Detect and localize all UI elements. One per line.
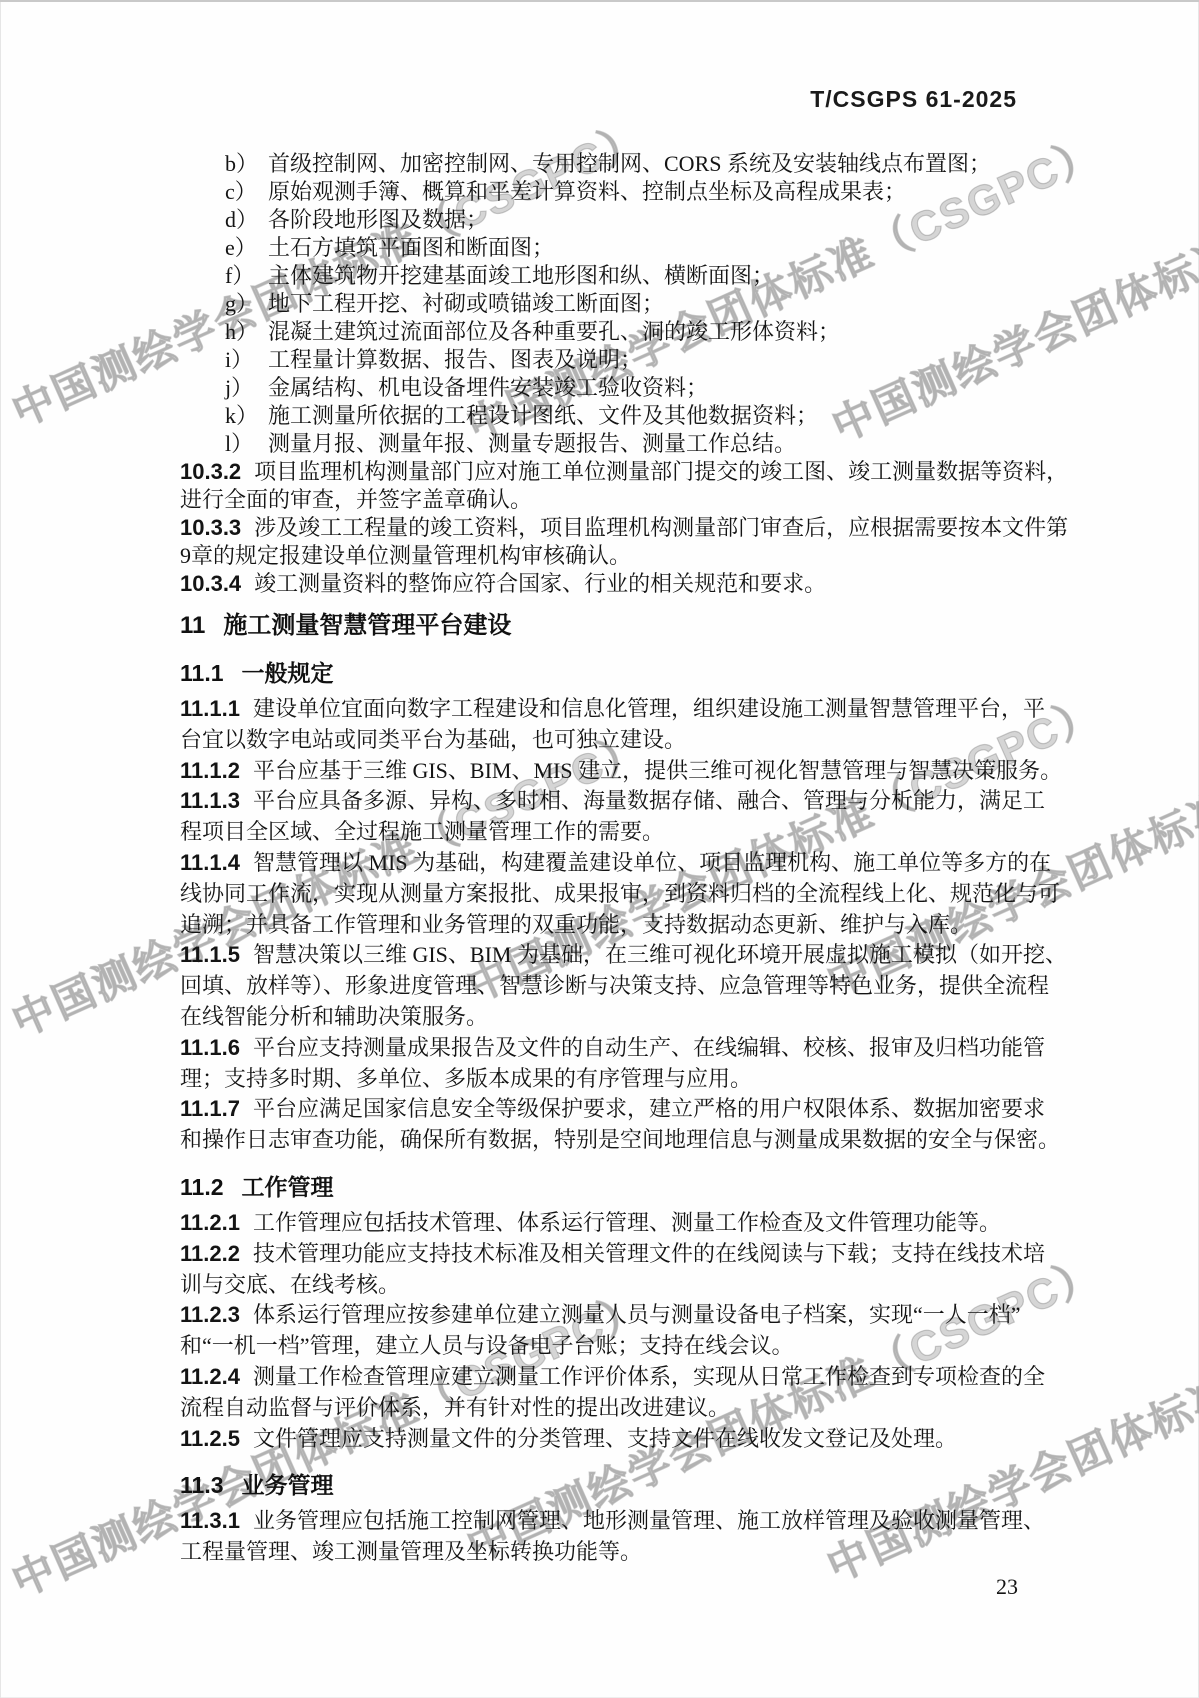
list-item-text: 各阶段地形图及数据；	[268, 207, 488, 232]
clause-number: 11.2.5	[180, 1426, 240, 1451]
clause-paragraph: 11.2.2技术管理功能应支持技术标准及相关管理文件的在线阅读与下载；支持在线技…	[180, 1239, 1060, 1301]
clause-line: 工程量管理、竣工测量管理及坐标转换功能等。	[180, 1537, 1060, 1568]
clause-line-text: 和“一机一档”管理，建立人员与设备电子台账；支持在线会议。	[180, 1333, 794, 1358]
heading-number: 11	[180, 612, 205, 639]
clause-line-text: 体系运行管理应按参建单位建立测量人员与测量设备电子档案，实现“一人一档”	[253, 1302, 1021, 1327]
clause-line-text: 工作管理应包括技术管理、体系运行管理、测量工作检查及文件管理功能等。	[253, 1210, 1001, 1235]
clause-line-text: 追溯；并具备工作管理和业务管理的双重功能，支持数据动态更新、维护与入库。	[180, 912, 972, 937]
clause-line-text: 在线智能分析和辅助决策服务。	[180, 1004, 488, 1029]
clause-line-text: 台宜以数字电站或同类平台为基础，也可独立建设。	[180, 727, 686, 752]
clause-paragraph: 11.1.1建设单位宜面向数字工程建设和信息化管理，组织建设施工测量智慧管理平台…	[180, 694, 1060, 756]
list-item: b）首级控制网、加密控制网、专用控制网、CORS 系统及安装轴线点布置图；	[180, 150, 1060, 178]
clause-number: 11.2.4	[180, 1364, 240, 1389]
section-heading: 11.2工作管理	[180, 1172, 1060, 1202]
clause-line: 11.2.4测量工作检查管理应建立测量工作评价体系，实现从日常工作检查到专项检查…	[180, 1362, 1060, 1393]
clause-line: 11.1.7平台应满足国家信息安全等级保护要求，建立严格的用户权限体系、数据加密…	[180, 1094, 1060, 1125]
clause-line-text: 平台应满足国家信息安全等级保护要求，建立严格的用户权限体系、数据加密要求	[253, 1096, 1045, 1121]
heading-number: 11.2	[180, 1174, 224, 1200]
clause-line-text: 回填、放样等）、形象进度管理、智慧诊断与决策支持、应急管理等特色业务，提供全流程	[180, 973, 1049, 998]
clause-number: 11.2.2	[180, 1241, 240, 1266]
clause-paragraph: 11.1.6平台应支持测量成果报告及文件的自动生产、在线编辑、校核、报审及归档功…	[180, 1033, 1060, 1095]
list-item-text: 金属结构、机电设备埋件安装竣工验收资料；	[268, 375, 708, 400]
list-item-label: l）	[225, 430, 268, 458]
heading-number: 11.3	[180, 1472, 224, 1498]
clause-line: 11.3.1业务管理应包括施工控制网管理、地形测量管理、施工放样管理及验收测量管…	[180, 1506, 1060, 1537]
clause-line: 11.1.5智慧决策以三维 GIS、BIM 为基础，在三维可视化环境开展虚拟施工…	[180, 940, 1060, 971]
list-item: c）原始观测手簿、概算和平差计算资料、控制点坐标及高程成果表；	[180, 178, 1060, 206]
clause-line-text: 流程自动监督与评价体系，并有针对性的提出改进建议。	[180, 1395, 730, 1420]
clause-line-text: 文件管理应支持测量文件的分类管理、支持文件在线收发文登记及处理。	[253, 1426, 957, 1451]
clause-number: 10.3.3	[180, 515, 241, 540]
clause-line-text: 和操作日志审查功能，确保所有数据，特别是空间地理信息与测量成果数据的安全与保密。	[180, 1127, 1060, 1152]
clause-paragraph: 11.2.3体系运行管理应按参建单位建立测量人员与测量设备电子档案，实现“一人一…	[180, 1300, 1060, 1362]
clause-number: 11.1.5	[180, 942, 240, 967]
list-item: d）各阶段地形图及数据；	[180, 206, 1060, 234]
list-item-text: 主体建筑物开挖建基面竣工地形图和纵、横断面图；	[268, 263, 774, 288]
list-item-label: k）	[225, 402, 268, 430]
list-item: g）地下工程开挖、衬砌或喷锚竣工断面图；	[180, 290, 1060, 318]
clause-line: 和“一机一档”管理，建立人员与设备电子台账；支持在线会议。	[180, 1331, 1060, 1362]
clause-paragraph: 11.1.5智慧决策以三维 GIS、BIM 为基础，在三维可视化环境开展虚拟施工…	[180, 940, 1060, 1032]
clause-line: 10.3.3涉及竣工工程量的竣工资料，项目监理机构测量部门审查后，应根据需要按本…	[180, 514, 1060, 542]
list-item-label: b）	[225, 150, 268, 178]
clause-line: 和操作日志审查功能，确保所有数据，特别是空间地理信息与测量成果数据的安全与保密。	[180, 1125, 1060, 1156]
clause-line: 11.1.3平台应具备多源、异构、多时相、海量数据存储、融合、管理与分析能力，满…	[180, 786, 1060, 817]
list-item-text: 原始观测手簿、概算和平差计算资料、控制点坐标及高程成果表；	[268, 179, 906, 204]
clause-paragraph: 11.3.1业务管理应包括施工控制网管理、地形测量管理、施工放样管理及验收测量管…	[180, 1506, 1060, 1568]
clause-line: 11.2.2技术管理功能应支持技术标准及相关管理文件的在线阅读与下载；支持在线技…	[180, 1239, 1060, 1270]
list-item: i）工程量计算数据、报告、图表及说明；	[180, 346, 1060, 374]
clause-line: 回填、放样等）、形象进度管理、智慧诊断与决策支持、应急管理等特色业务，提供全流程	[180, 971, 1060, 1002]
list-item-label: f）	[225, 262, 268, 290]
clause-paragraph: 11.2.4测量工作检查管理应建立测量工作评价体系，实现从日常工作检查到专项检查…	[180, 1362, 1060, 1424]
clause-line-text: 测量工作检查管理应建立测量工作评价体系，实现从日常工作检查到专项检查的全	[253, 1364, 1045, 1389]
list-item: j）金属结构、机电设备埋件安装竣工验收资料；	[180, 374, 1060, 402]
heading-text: 业务管理	[242, 1472, 334, 1498]
clause-paragraph: 11.2.5文件管理应支持测量文件的分类管理、支持文件在线收发文登记及处理。	[180, 1424, 1060, 1455]
list-item: h）混凝土建筑过流面部位及各种重要孔、洞的竣工形体资料；	[180, 318, 1060, 346]
clause-line-text: 技术管理功能应支持技术标准及相关管理文件的在线阅读与下载；支持在线技术培	[253, 1241, 1045, 1266]
clause-number: 11.3.1	[180, 1508, 240, 1533]
clause-line: 理；支持多时期、多单位、多版本成果的有序管理与应用。	[180, 1064, 1060, 1095]
list-item-text: 首级控制网、加密控制网、专用控制网、CORS 系统及安装轴线点布置图；	[268, 151, 991, 176]
clause-line: 11.2.5文件管理应支持测量文件的分类管理、支持文件在线收发文登记及处理。	[180, 1424, 1060, 1455]
clause-line-text: 9章的规定报建设单位测量管理机构审核确认。	[180, 543, 631, 568]
list-item-label: h）	[225, 318, 268, 346]
clause-line-text: 项目监理机构测量部门应对施工单位测量部门提交的竣工图、竣工测量数据等资料，	[254, 459, 1068, 484]
clause-paragraph: 11.1.2平台应基于三维 GIS、BIM、MIS 建立，提供三维可视化智慧管理…	[180, 756, 1060, 787]
clause-number: 11.1.1	[180, 696, 240, 721]
list-item-label: c）	[225, 178, 268, 206]
list-item-text: 土石方填筑平面图和断面图；	[268, 235, 554, 260]
heading-text: 一般规定	[242, 660, 334, 686]
document-page: 中国测绘学会团体标准（CSGPC）中国测绘学会团体标准（CSGPC）中国测绘学会…	[0, 0, 1199, 1698]
clause-paragraph: 10.3.3涉及竣工工程量的竣工资料，项目监理机构测量部门审查后，应根据需要按本…	[180, 514, 1060, 570]
clause-line: 11.1.6平台应支持测量成果报告及文件的自动生产、在线编辑、校核、报审及归档功…	[180, 1033, 1060, 1064]
clause-number: 11.1.2	[180, 758, 240, 783]
list-item-text: 地下工程开挖、衬砌或喷锚竣工断面图；	[268, 291, 664, 316]
clause-number: 11.1.6	[180, 1035, 240, 1060]
document-body: b）首级控制网、加密控制网、专用控制网、CORS 系统及安装轴线点布置图；c）原…	[180, 150, 1060, 1568]
clause-line-text: 进行全面的审查，并签字盖章确认。	[180, 487, 532, 512]
clause-line: 训与交底、在线考核。	[180, 1270, 1060, 1301]
clause-line: 11.2.1工作管理应包括技术管理、体系运行管理、测量工作检查及文件管理功能等。	[180, 1208, 1060, 1239]
clause-line: 进行全面的审查，并签字盖章确认。	[180, 486, 1060, 514]
clause-number: 11.2.3	[180, 1302, 240, 1327]
list-item-label: g）	[225, 290, 268, 318]
clause-line-text: 智慧决策以三维 GIS、BIM 为基础，在三维可视化环境开展虚拟施工模拟（如开挖…	[253, 942, 1067, 967]
list-item-text: 工程量计算数据、报告、图表及说明；	[268, 347, 642, 372]
list-item-label: j）	[225, 374, 268, 402]
clause-line-text: 训与交底、在线考核。	[180, 1272, 400, 1297]
clause-paragraph: 10.3.2项目监理机构测量部门应对施工单位测量部门提交的竣工图、竣工测量数据等…	[180, 458, 1060, 514]
clause-paragraph: 11.1.4智慧管理以 MIS 为基础，构建覆盖建设单位、项目监理机构、施工单位…	[180, 848, 1060, 940]
clause-line: 11.2.3体系运行管理应按参建单位建立测量人员与测量设备电子档案，实现“一人一…	[180, 1300, 1060, 1331]
clause-line-text: 理；支持多时期、多单位、多版本成果的有序管理与应用。	[180, 1066, 752, 1091]
clause-line: 流程自动监督与评价体系，并有针对性的提出改进建议。	[180, 1393, 1060, 1424]
list-item: l）测量月报、测量年报、测量专题报告、测量工作总结。	[180, 430, 1060, 458]
clause-line-text: 平台应基于三维 GIS、BIM、MIS 建立，提供三维可视化智慧管理与智慧决策服…	[253, 758, 1062, 783]
clause-line: 线协同工作流，实现从测量方案报批、成果报审，到资料归档的全流程线上化、规范化与可	[180, 879, 1060, 910]
clause-line-text: 线协同工作流，实现从测量方案报批、成果报审，到资料归档的全流程线上化、规范化与可	[180, 881, 1060, 906]
clause-line: 程项目全区域、全过程施工测量管理工作的需要。	[180, 817, 1060, 848]
list-item: k）施工测量所依据的工程设计图纸、文件及其他数据资料；	[180, 402, 1060, 430]
clause-number: 10.3.2	[180, 459, 241, 484]
clause-paragraph: 11.1.3平台应具备多源、异构、多时相、海量数据存储、融合、管理与分析能力，满…	[180, 786, 1060, 848]
list-item: f）主体建筑物开挖建基面竣工地形图和纵、横断面图；	[180, 262, 1060, 290]
clause-line: 11.1.2平台应基于三维 GIS、BIM、MIS 建立，提供三维可视化智慧管理…	[180, 756, 1060, 787]
clause-line-text: 工程量管理、竣工测量管理及坐标转换功能等。	[180, 1539, 642, 1564]
clause-line: 11.1.1建设单位宜面向数字工程建设和信息化管理，组织建设施工测量智慧管理平台…	[180, 694, 1060, 725]
clause-line: 10.3.2项目监理机构测量部门应对施工单位测量部门提交的竣工图、竣工测量数据等…	[180, 458, 1060, 486]
clause-line-text: 涉及竣工工程量的竣工资料，项目监理机构测量部门审查后，应根据需要按本文件第	[254, 515, 1068, 540]
section-heading: 11.1一般规定	[180, 658, 1060, 688]
section-heading: 11.3业务管理	[180, 1470, 1060, 1500]
heading-text: 施工测量智慧管理平台建设	[223, 612, 511, 639]
clause-line: 11.1.4智慧管理以 MIS 为基础，构建覆盖建设单位、项目监理机构、施工单位…	[180, 848, 1060, 879]
clause-line: 9章的规定报建设单位测量管理机构审核确认。	[180, 542, 1060, 570]
clause-line-text: 建设单位宜面向数字工程建设和信息化管理，组织建设施工测量智慧管理平台，平	[253, 696, 1045, 721]
heading-text: 工作管理	[242, 1174, 334, 1200]
clause-line-text: 智慧管理以 MIS 为基础，构建覆盖建设单位、项目监理机构、施工单位等多方的在	[253, 850, 1051, 875]
page-number: 23	[996, 1574, 1018, 1600]
clause-line: 台宜以数字电站或同类平台为基础，也可独立建设。	[180, 725, 1060, 756]
clause-number: 10.3.4	[180, 571, 241, 596]
list-item-label: i）	[225, 346, 268, 374]
clause-number: 11.2.1	[180, 1210, 240, 1235]
list-item-label: d）	[225, 206, 268, 234]
clause-paragraph: 11.2.1工作管理应包括技术管理、体系运行管理、测量工作检查及文件管理功能等。	[180, 1208, 1060, 1239]
heading-number: 11.1	[180, 660, 224, 686]
list-item-text: 测量月报、测量年报、测量专题报告、测量工作总结。	[268, 431, 796, 456]
doc-code: T/CSGPS 61-2025	[810, 86, 1017, 113]
clause-line-text: 平台应具备多源、异构、多时相、海量数据存储、融合、管理与分析能力，满足工	[253, 788, 1045, 813]
clause-number: 11.1.7	[180, 1096, 240, 1121]
clause-number: 11.1.4	[180, 850, 240, 875]
clause-number: 11.1.3	[180, 788, 240, 813]
clause-paragraph: 11.1.7平台应满足国家信息安全等级保护要求，建立严格的用户权限体系、数据加密…	[180, 1094, 1060, 1156]
list-item-text: 混凝土建筑过流面部位及各种重要孔、洞的竣工形体资料；	[268, 319, 840, 344]
clause-line-text: 程项目全区域、全过程施工测量管理工作的需要。	[180, 819, 664, 844]
list-item-text: 施工测量所依据的工程设计图纸、文件及其他数据资料；	[268, 403, 818, 428]
clause-paragraph: 10.3.4竣工测量资料的整饰应符合国家、行业的相关规范和要求。	[180, 570, 1060, 598]
chapter-heading: 11施工测量智慧管理平台建设	[180, 610, 1060, 642]
clause-line-text: 业务管理应包括施工控制网管理、地形测量管理、施工放样管理及验收测量管理、	[253, 1508, 1045, 1533]
clause-line-text: 竣工测量资料的整饰应符合国家、行业的相关规范和要求。	[254, 571, 826, 596]
clause-line: 在线智能分析和辅助决策服务。	[180, 1002, 1060, 1033]
clause-line: 10.3.4竣工测量资料的整饰应符合国家、行业的相关规范和要求。	[180, 570, 1060, 598]
clause-line: 追溯；并具备工作管理和业务管理的双重功能，支持数据动态更新、维护与入库。	[180, 910, 1060, 941]
clause-line-text: 平台应支持测量成果报告及文件的自动生产、在线编辑、校核、报审及归档功能管	[253, 1035, 1045, 1060]
list-item-label: e）	[225, 234, 268, 262]
list-item: e）土石方填筑平面图和断面图；	[180, 234, 1060, 262]
